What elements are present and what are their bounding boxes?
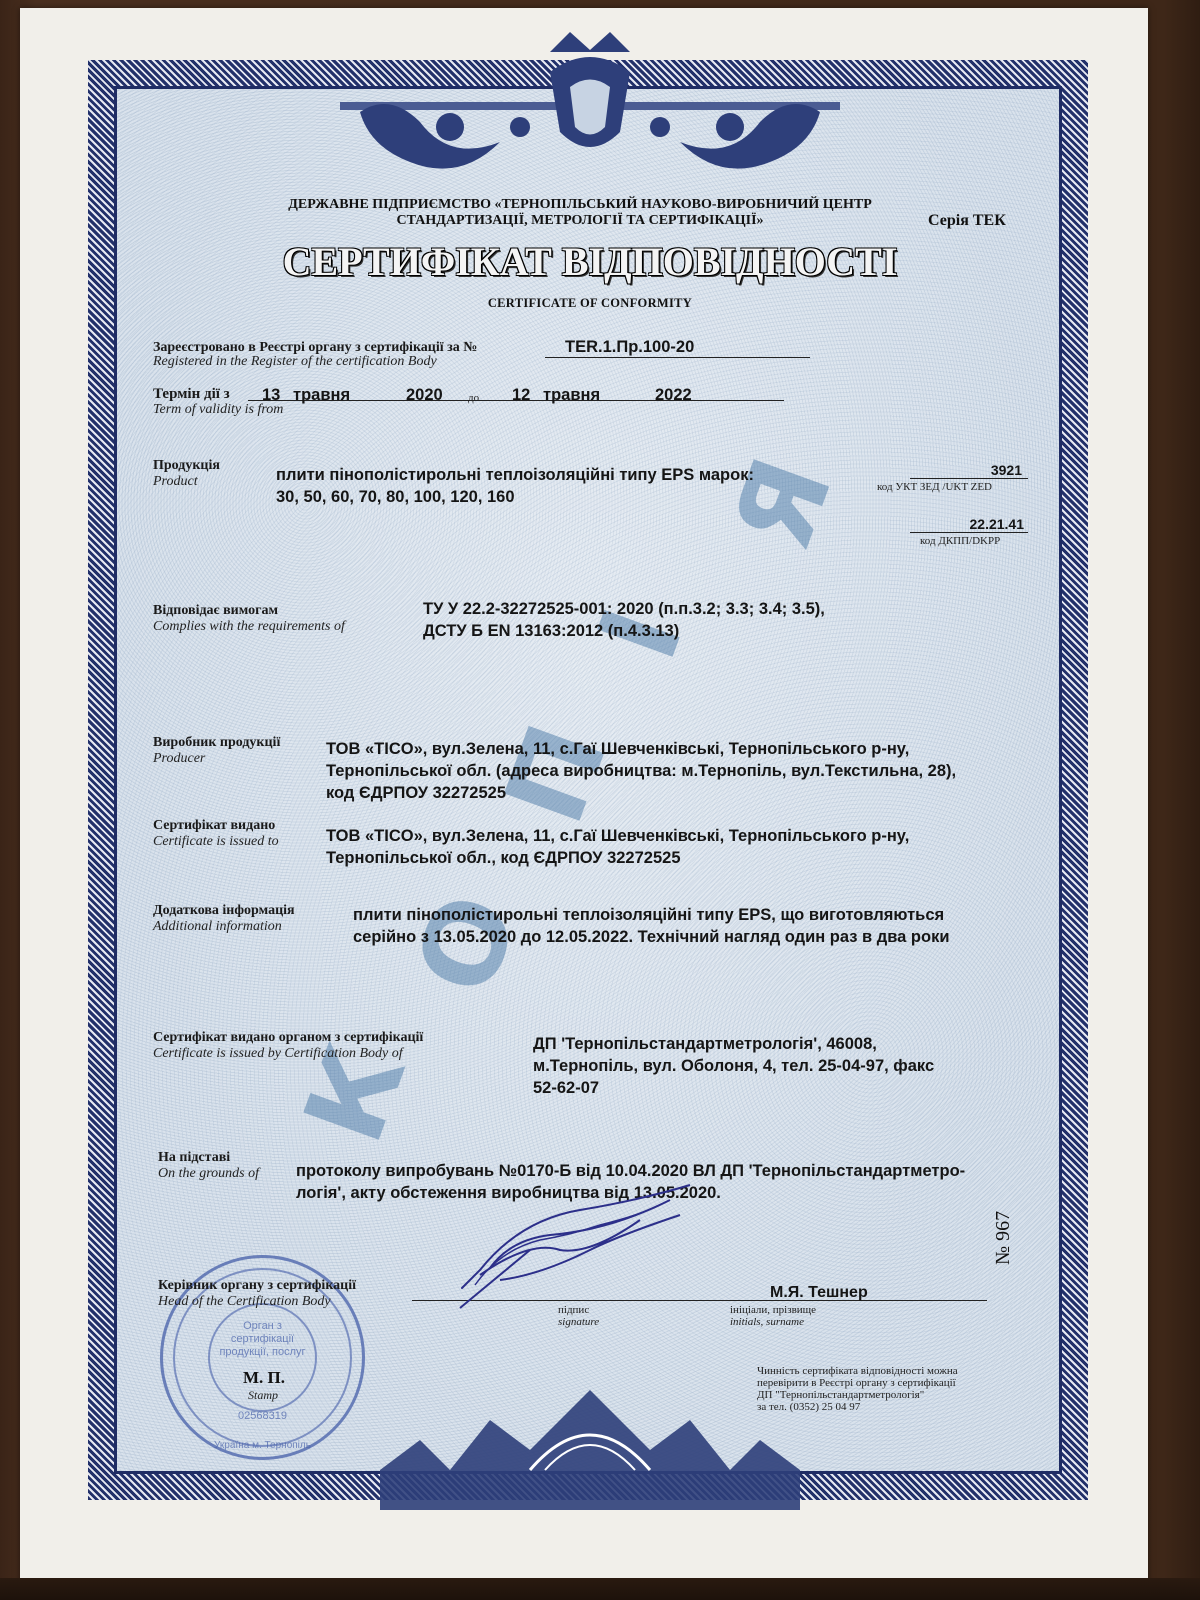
issued-by-line-1: ДП 'Тернопільстандартметрологія', 46008, <box>533 1035 877 1054</box>
validity-to-day: 12 <box>512 386 530 405</box>
issued-by-label-en: Certificate is issued by Certification B… <box>153 1046 403 1062</box>
stamp-mp-label-en: Stamp <box>248 1388 278 1403</box>
issued-by-line-2: м.Тернопіль, вул. Оболоня, 4, тел. 25-04… <box>533 1057 934 1076</box>
verification-note-line-1: Чинність сертифіката відповідності можна <box>757 1365 958 1377</box>
ukt-zed-label: код УКТ ЗЕД /UKT ZED <box>877 481 992 493</box>
verification-note-line-2: перевірити в Реєстрі органу з сертифікац… <box>757 1377 958 1389</box>
head-label: Керівник органу з сертифікації <box>158 1278 356 1294</box>
organization-line-1: ДЕРЖАВНЕ ПІДПРИЄМСТВО «ТЕРНОПІЛЬСЬКИЙ НА… <box>230 197 930 213</box>
validity-from-month: травня <box>293 386 350 405</box>
product-label-en: Product <box>153 474 198 490</box>
organization-line-2: СТАНДАРТИЗАЦІЇ, МЕТРОЛОГІЇ ТА СЕРТИФІКАЦ… <box>230 213 930 229</box>
validity-to-year: 2022 <box>655 386 692 405</box>
additional-line-1: плити пінополістирольні теплоізоляційні … <box>353 906 944 925</box>
initials-label-en: initials, surname <box>730 1316 804 1328</box>
validity-from-day: 13 <box>262 386 280 405</box>
additional-label-en: Additional information <box>153 919 282 935</box>
additional-line-2: серійно з 13.05.2020 до 12.05.2022. Техн… <box>353 928 949 947</box>
dkpp-code: 22.21.41 <box>910 516 1028 533</box>
additional-label: Додаткова інформація <box>153 903 295 919</box>
signature-label-en: signature <box>558 1316 599 1328</box>
product-line-2: 30, 50, 60, 70, 80, 100, 120, 160 <box>276 488 515 507</box>
product-line-1: плити пінополістирольні теплоізоляційні … <box>276 466 754 485</box>
producer-label: Виробник продукції <box>153 735 280 751</box>
producer-line-2: Тернопільської обл. (адреса виробництва:… <box>326 762 956 781</box>
stamp-mp-label: М. П. <box>243 1368 285 1388</box>
requirements-line-2: ДСТУ Б EN 13163:2012 (п.4.3.13) <box>423 622 679 641</box>
organization-name: ДЕРЖАВНЕ ПІДПРИЄМСТВО «ТЕРНОПІЛЬСЬКИЙ НА… <box>230 197 930 229</box>
crest-ornament-icon <box>300 32 880 182</box>
grounds-line-1: протоколу випробувань №0170-Б від 10.04.… <box>296 1162 965 1181</box>
issued-to-line-1: ТОВ «TICO», вул.Зелена, 11, с.Гаї Шевчен… <box>326 827 909 846</box>
issued-by-label: Сертифікат видано органом з сертифікації <box>153 1030 423 1046</box>
validity-to-month: травня <box>543 386 600 405</box>
bottom-ornament-icon <box>380 1390 800 1510</box>
head-label-en: Head of the Certification Body <box>158 1294 331 1310</box>
document-title: СЕРТИФІКАТ ВІДПОВІДНОСТІ <box>270 238 910 285</box>
grounds-label-en: On the grounds of <box>158 1166 259 1182</box>
requirements-line-1: ТУ У 22.2-32272525-001: 2020 (п.п.3.2; 3… <box>423 600 825 619</box>
document-subtitle: CERTIFICATE OF CONFORMITY <box>270 296 910 311</box>
dkpp-label: код ДКПП/DKPP <box>920 535 1000 547</box>
registration-number: TER.1.Пр.100-20 <box>545 338 810 358</box>
producer-line-1: ТОВ «TICO», вул.Зелена, 11, с.Гаї Шевчен… <box>326 740 909 759</box>
verification-note-line-3: ДП "Тернопільстандартметрологія" <box>757 1389 958 1401</box>
registration-label-en: Registered in the Register of the certif… <box>153 354 437 370</box>
blank-number: № 967 <box>992 1211 1015 1265</box>
ukt-zed-code: 3921 <box>910 462 1028 479</box>
verification-note: Чинність сертифіката відповідності можна… <box>757 1365 958 1413</box>
requirements-label: Відповідає вимогам <box>153 603 278 619</box>
issued-to-label-en: Certificate is issued to <box>153 834 279 850</box>
series-label: Серія ТЕК <box>928 212 1006 230</box>
stamp-code: 02568319 <box>163 1410 362 1422</box>
validity-label: Термін дії з <box>153 386 230 403</box>
requirements-label-en: Complies with the requirements of <box>153 619 345 635</box>
issued-to-line-2: Тернопільської обл., код ЄДРПОУ 32272525 <box>326 849 681 868</box>
validity-to-label: до <box>468 392 479 404</box>
validity-from-year: 2020 <box>406 386 443 405</box>
stamp-center-text: Орган з сертифікації продукції, послуг <box>163 1320 362 1359</box>
signature-icon <box>440 1180 710 1310</box>
head-name: М.Я. Тешнер <box>770 1284 868 1302</box>
grounds-label: На підставі <box>158 1150 230 1166</box>
verification-note-line-4: за тел. (0352) 25 04 97 <box>757 1401 958 1413</box>
product-label: Продукція <box>153 458 220 474</box>
initials-label: ініціали, прізвище <box>730 1304 816 1316</box>
stamp-ring-text: Україна м. Тернопіль <box>163 1440 362 1451</box>
issued-by-line-3: 52-62-07 <box>533 1079 599 1098</box>
producer-label-en: Producer <box>153 751 205 767</box>
producer-line-3: код ЄДРПОУ 32272525 <box>326 784 506 803</box>
issued-to-label: Сертифікат видано <box>153 818 275 834</box>
table-surface <box>0 1578 1200 1600</box>
